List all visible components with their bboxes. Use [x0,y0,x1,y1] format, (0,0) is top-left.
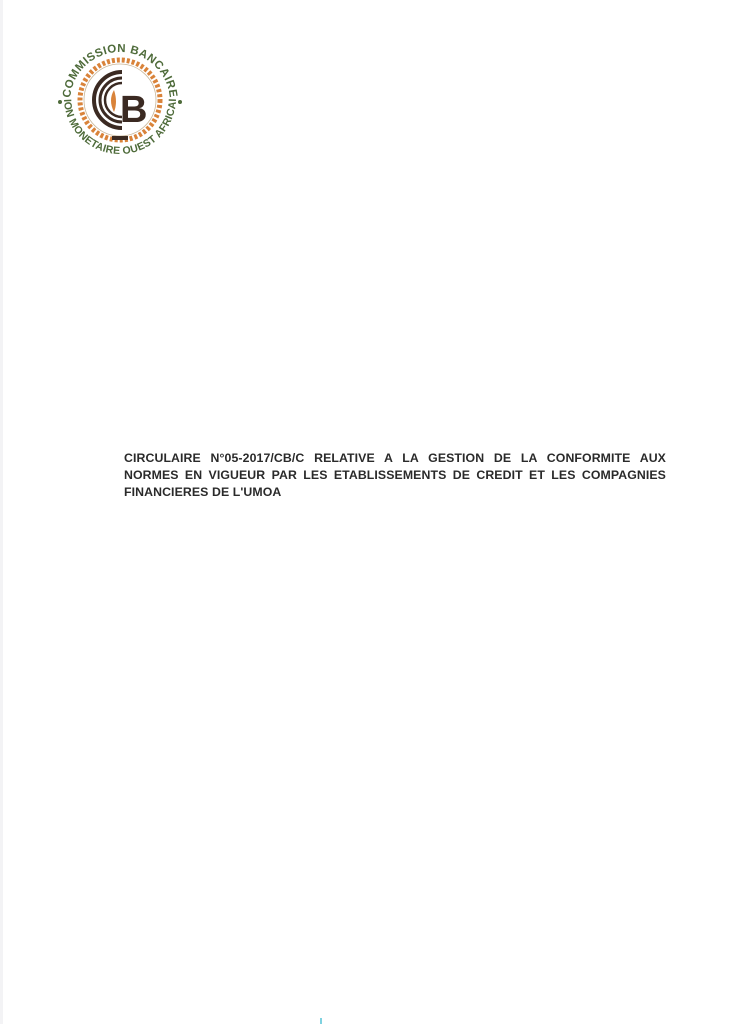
title-line: FINANCIERES DE L'UMOA [124,484,666,501]
document-title: CIRCULAIRE N°05-2017/CB/C RELATIVE A LA … [124,450,666,501]
commission-bancaire-logo: COMMISSION BANCAIRE UNION MONETAIRE OUES… [52,32,188,168]
page-edge [0,0,3,1024]
scan-mark [320,1018,322,1024]
svg-text:B: B [120,89,147,131]
title-line: NORMES EN VIGUEUR PAR LES ETABLISSEMENTS… [124,467,666,484]
title-line: CIRCULAIRE N°05-2017/CB/C RELATIVE A LA … [124,450,666,467]
seal-icon: COMMISSION BANCAIRE UNION MONETAIRE OUES… [52,32,188,168]
